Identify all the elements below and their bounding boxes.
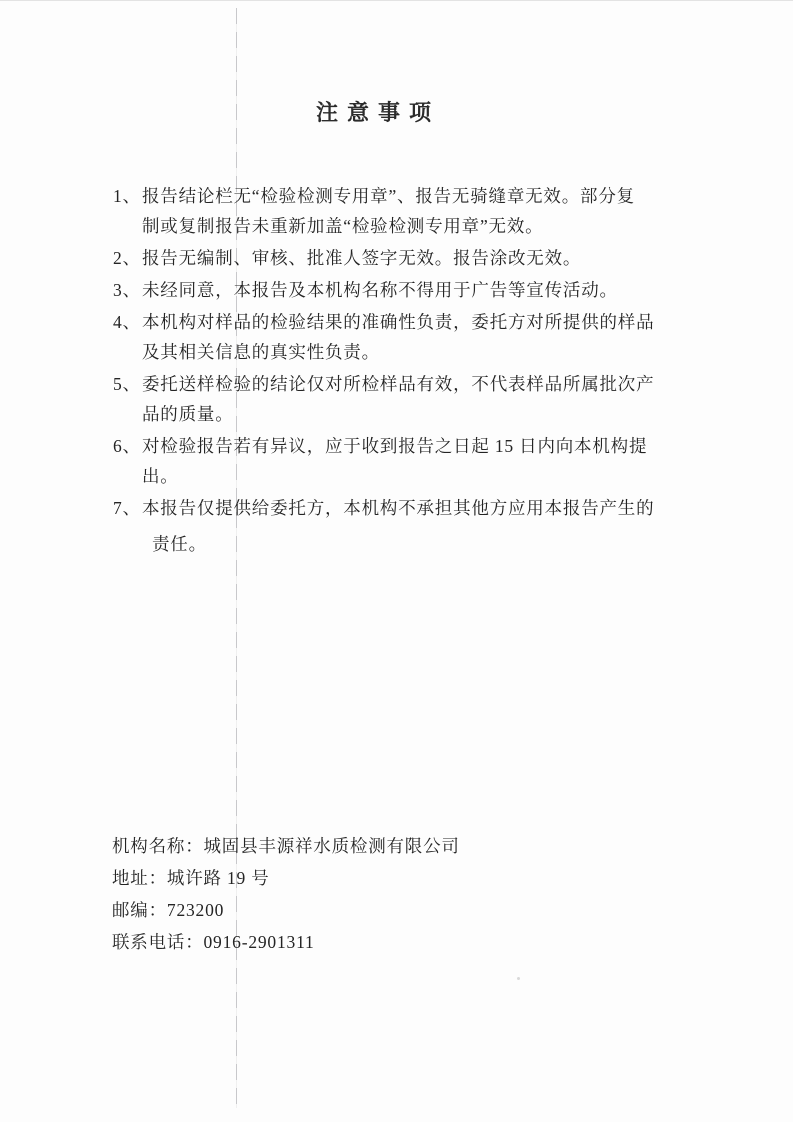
page-title: 注意事项: [0, 99, 756, 127]
note-number: 7、: [113, 493, 142, 523]
note-line: 责任。: [152, 529, 654, 559]
contact-value: 城固县丰源祥水质检测有限公司: [204, 836, 460, 856]
note-text: 报告结论栏无“检验检测专用章”、报告无骑缝章无效。部分复制或复制报告未重新加盖“…: [142, 181, 635, 241]
contact-row: 联系电话：0916-2901311: [112, 926, 460, 958]
note-line: 委托送样检验的结论仅对所检样品有效，不代表样品所属批次产: [142, 369, 654, 399]
scan-speck: [517, 977, 520, 980]
contact-row: 地址：城许路 19 号: [112, 862, 460, 894]
note-text: 未经同意，本报告及本机构名称不得用于广告等宣传活动。: [142, 275, 618, 305]
note-number: 3、: [113, 275, 142, 305]
scan-edge-line: [0, 0, 793, 1]
contact-label: 地址：: [112, 868, 167, 888]
note-line: 品的质量。: [142, 399, 654, 429]
note-line: 制或复制报告未重新加盖“检验检测专用章”无效。: [142, 211, 635, 241]
contact-label: 机构名称：: [112, 836, 204, 856]
note-number: 2、: [113, 243, 142, 273]
contact-row: 机构名称：城固县丰源祥水质检测有限公司: [112, 830, 460, 862]
note-number: 4、: [113, 307, 142, 337]
note-number: 6、: [113, 431, 142, 461]
note-line: 报告结论栏无“检验检测专用章”、报告无骑缝章无效。部分复: [142, 181, 635, 211]
note-line: 及其相关信息的真实性负责。: [142, 337, 654, 367]
contact-value: 723200: [167, 900, 224, 920]
contact-row: 邮编：723200: [112, 894, 460, 926]
note-line: 出。: [142, 461, 647, 491]
note-line: 本机构对样品的检验结果的准确性负责，委托方对所提供的样品: [142, 307, 654, 337]
note-line: 对检验报告若有异议，应于收到报告之日起 15 日内向本机构提: [142, 431, 647, 461]
contact-label: 邮编：: [112, 900, 167, 920]
note-text: 对检验报告若有异议，应于收到报告之日起 15 日内向本机构提出。: [142, 431, 647, 491]
note-item: 2、报告无编制、审核、批准人签字无效。报告涂改无效。: [113, 243, 723, 273]
note-number: 5、: [113, 369, 142, 399]
document-page: 注意事项 1、报告结论栏无“检验检测专用章”、报告无骑缝章无效。部分复制或复制报…: [0, 0, 793, 1122]
note-item: 5、委托送样检验的结论仅对所检样品有效，不代表样品所属批次产品的质量。: [113, 369, 723, 429]
note-item: 3、未经同意，本报告及本机构名称不得用于广告等宣传活动。: [113, 275, 723, 305]
note-item: 4、本机构对样品的检验结果的准确性负责，委托方对所提供的样品及其相关信息的真实性…: [113, 307, 723, 367]
note-text: 本机构对样品的检验结果的准确性负责，委托方对所提供的样品及其相关信息的真实性负责…: [142, 307, 654, 367]
contact-label: 联系电话：: [112, 932, 204, 952]
notes-list: 1、报告结论栏无“检验检测专用章”、报告无骑缝章无效。部分复制或复制报告未重新加…: [113, 181, 723, 561]
note-line: 本报告仅提供给委托方，本机构不承担其他方应用本报告产生的: [142, 493, 654, 523]
note-item: 6、对检验报告若有异议，应于收到报告之日起 15 日内向本机构提出。: [113, 431, 723, 491]
note-text: 本报告仅提供给委托方，本机构不承担其他方应用本报告产生的责任。: [142, 493, 654, 559]
note-line: 报告无编制、审核、批准人签字无效。报告涂改无效。: [142, 243, 581, 273]
note-item: 7、本报告仅提供给委托方，本机构不承担其他方应用本报告产生的责任。: [113, 493, 723, 559]
contact-block: 机构名称：城固县丰源祥水质检测有限公司地址：城许路 19 号邮编：723200联…: [112, 830, 460, 958]
note-number: 1、: [113, 181, 142, 211]
note-text: 委托送样检验的结论仅对所检样品有效，不代表样品所属批次产品的质量。: [142, 369, 654, 429]
contact-value: 0916-2901311: [204, 932, 315, 952]
contact-value: 城许路 19 号: [167, 868, 270, 888]
note-line: 未经同意，本报告及本机构名称不得用于广告等宣传活动。: [142, 275, 618, 305]
note-item: 1、报告结论栏无“检验检测专用章”、报告无骑缝章无效。部分复制或复制报告未重新加…: [113, 181, 723, 241]
note-text: 报告无编制、审核、批准人签字无效。报告涂改无效。: [142, 243, 581, 273]
